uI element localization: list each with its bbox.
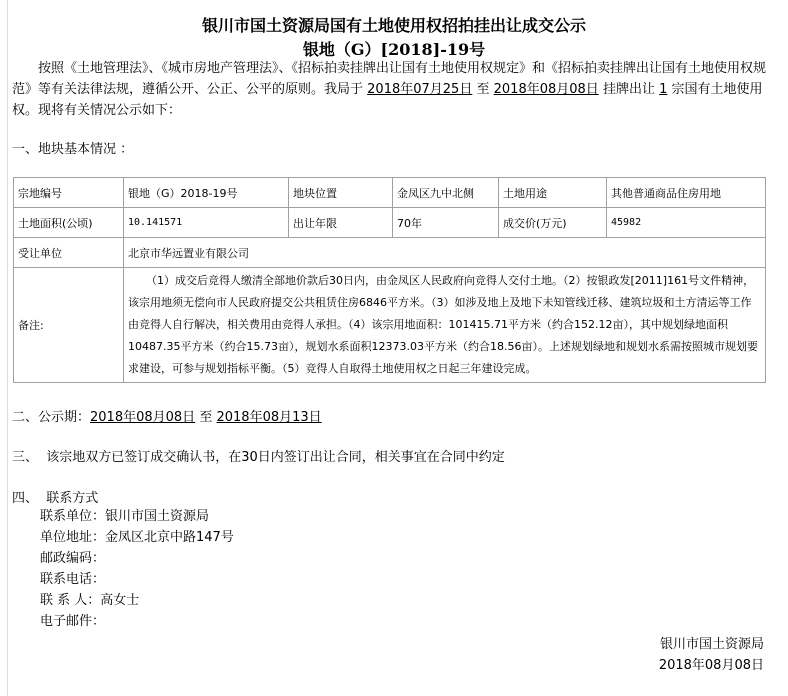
contact-address-value: 金凤区北京中路147号 [105, 530, 234, 545]
term-value: 70年 [393, 208, 499, 238]
contact-phone: 联系电话： [40, 569, 234, 590]
parcel-id-value: 银地（G）2018-19号 [124, 178, 289, 208]
contact-address-label: 单位地址： [40, 530, 105, 545]
contact-person: 联 系 人：高女士 [40, 590, 234, 611]
contact-org: 联系单位：银川市国土资源局 [40, 506, 234, 527]
land-use-label: 土地用途 [499, 178, 607, 208]
listing-start-date: 2018年07月25日 [367, 82, 472, 97]
listing-end-date: 2018年08月08日 [494, 82, 599, 97]
parcel-info-table: 宗地编号 银地（G）2018-19号 地块位置 金凤区九中北侧 土地用途 其他普… [13, 177, 766, 383]
publicity-to: 至 [199, 410, 212, 425]
contact-email-label: 电子邮件： [40, 614, 105, 629]
signature-date: 2018年08月08日 [659, 654, 764, 673]
intro-to: 至 [476, 82, 489, 97]
document-title: 银川市国土资源局国有土地使用权招拍挂出让成交公示 [0, 13, 788, 36]
area-label: 土地面积(公顷) [14, 208, 124, 238]
table-row: 宗地编号 银地（G）2018-19号 地块位置 金凤区九中北侧 土地用途 其他普… [14, 178, 766, 208]
section2-publicity-period: 二、公示期：2018年08月08日 至 2018年08月13日 [12, 406, 322, 425]
intro-text-2: 挂牌出让 [603, 82, 655, 97]
section4-heading: 四、 联系方式 [12, 487, 98, 506]
contact-postcode-label: 邮政编码： [40, 551, 105, 566]
contact-phone-label: 联系电话： [40, 572, 105, 587]
remarks-value: （1）成交后竞得人缴清全部地价款后30日内，由金凤区人民政府向竞得人交付土地。（… [124, 268, 766, 383]
section3-contract: 三、 该宗地双方已签订成交确认书，在30日内签订出让合同，相关事宜在合同中约定 [12, 446, 505, 465]
contact-list: 联系单位：银川市国土资源局 单位地址：金凤区北京中路147号 邮政编码： 联系电… [40, 506, 234, 632]
land-use-value: 其他普通商品住房用地 [607, 178, 766, 208]
contact-person-value: 高女士 [100, 593, 139, 608]
table-row: 备注: （1）成交后竞得人缴清全部地价款后30日内，由金凤区人民政府向竞得人交付… [14, 268, 766, 383]
grantee-label: 受让单位 [14, 238, 124, 268]
contact-address: 单位地址：金凤区北京中路147号 [40, 527, 234, 548]
publicity-start-date: 2018年08月08日 [90, 410, 195, 425]
grantee-value: 北京市华远置业有限公司 [124, 238, 766, 268]
location-value: 金凤区九中北侧 [393, 178, 499, 208]
contact-email: 电子邮件： [40, 611, 234, 632]
remarks-label: 备注: [14, 268, 124, 383]
parcel-id-label: 宗地编号 [14, 178, 124, 208]
section1-heading: 一、地块基本情况 ： [12, 138, 133, 157]
table-row: 受让单位 北京市华远置业有限公司 [14, 238, 766, 268]
publicity-label: 二、公示期： [12, 410, 90, 425]
contact-org-value: 银川市国土资源局 [105, 509, 209, 524]
location-label: 地块位置 [289, 178, 393, 208]
table-row: 土地面积(公顷) 10.141571 出让年限 70年 成交价(万元) 4598… [14, 208, 766, 238]
publicity-end-date: 2018年08月13日 [216, 410, 321, 425]
price-value: 45982 [607, 208, 766, 238]
contact-postcode: 邮政编码： [40, 548, 234, 569]
document-number: 银地（G）[2018]-19号 [0, 37, 788, 60]
parcel-count: 1 [659, 82, 667, 97]
signature-org: 银川市国土资源局 [660, 633, 764, 652]
price-label: 成交价(万元) [499, 208, 607, 238]
term-label: 出让年限 [289, 208, 393, 238]
contact-org-label: 联系单位： [40, 509, 105, 524]
area-value: 10.141571 [124, 208, 289, 238]
page-left-border [7, 0, 8, 696]
intro-paragraph: 按照《土地管理法》、《城市房地产管理法》、《招标拍卖挂牌出让国有土地使用权规定》… [12, 58, 772, 121]
contact-person-label: 联 系 人： [40, 593, 100, 608]
